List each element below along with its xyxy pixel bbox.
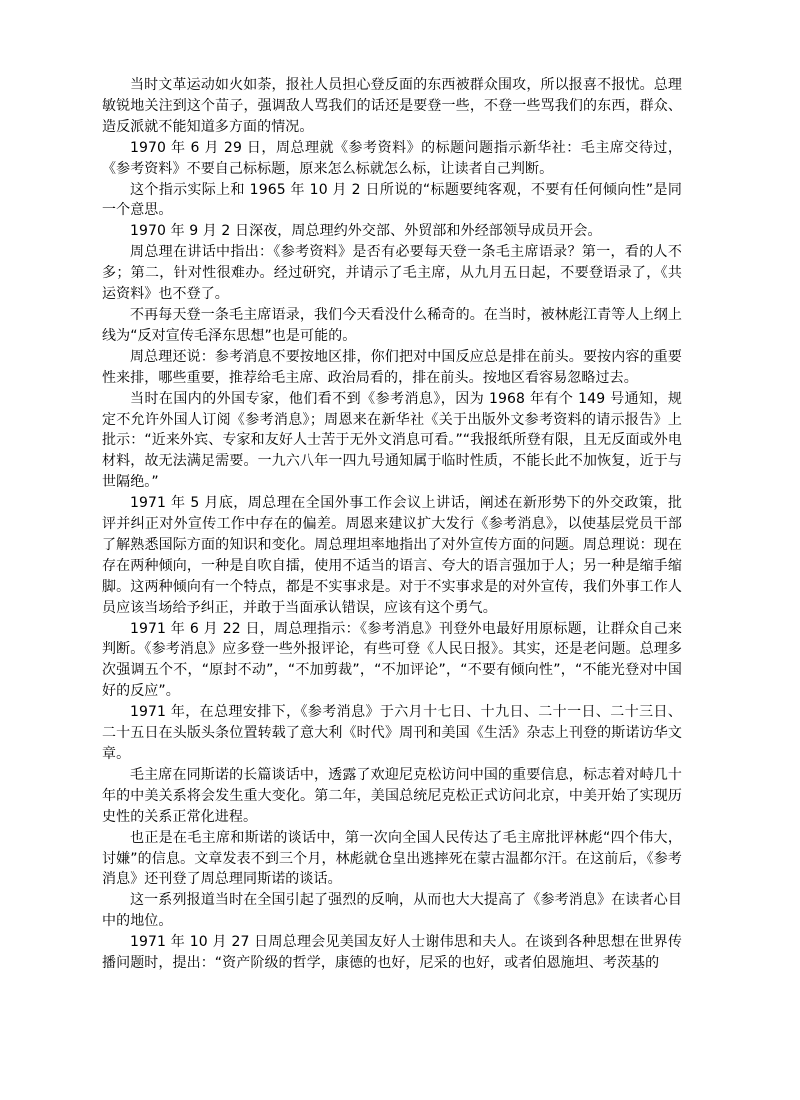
paragraph: 当时文革运动如火如荼，报社人员担心登反面的东西被群众围攻，所以报喜不报忧。总理敏… (102, 75, 682, 138)
document-page: 当时文革运动如火如荼，报社人员担心登反面的东西被群众围攻，所以报喜不报忧。总理敏… (102, 75, 682, 974)
paragraph: 这一系列报道当时在全国引起了强烈的反响，从而也大大提高了《参考消息》在读者心目中… (102, 890, 682, 932)
paragraph: 1971 年 10 月 27 日周总理会见美国友好人士谢伟思和夫人。在谈到各种思… (102, 932, 682, 974)
paragraph: 不再每天登一条毛主席语录，我们今天看没什么稀奇的。在当时，被林彪江青等人上纲上线… (102, 305, 682, 347)
paragraph: 周总理在讲话中指出：《参考资料》是否有必要每天登一条毛主席语录？第一，看的人不多… (102, 242, 682, 305)
paragraph: 1971 年 5 月底，周总理在全国外事工作会议上讲话，阐述在新形势下的外交政策… (102, 493, 682, 618)
paragraph: 周总理还说：参考消息不要按地区排，你们把对中国反应总是排在前头。要按内容的重要性… (102, 347, 682, 389)
paragraph: 这个指示实际上和 1965 年 10 月 2 日所说的“标题要纯客观，不要有任何… (102, 180, 682, 222)
paragraph: 1971 年 6 月 22 日，周总理指示：《参考消息》刊登外电最好用原标题，让… (102, 619, 682, 703)
paragraph: 1971 年，在总理安排下，《参考消息》于六月十七日、十九日、二十一日、二十三日… (102, 702, 682, 765)
paragraph: 1970 年 6 月 29 日，周总理就《参考资料》的标题问题指示新华社：毛主席… (102, 138, 682, 180)
paragraph: 毛主席在同斯诺的长篇谈话中，透露了欢迎尼克松访问中国的重要信息，标志着对峙几十年… (102, 765, 682, 828)
paragraph: 也正是在毛主席和斯诺的谈话中，第一次向全国人民传达了毛主席批评林彪“四个伟大，讨… (102, 828, 682, 891)
paragraph: 1970 年 9 月 2 日深夜，周总理约外交部、外贸部和外经部领导成员开会。 (102, 221, 682, 242)
paragraph: 当时在国内的外国专家，他们看不到《参考消息》，因为 1968 年有个 149 号… (102, 389, 682, 494)
